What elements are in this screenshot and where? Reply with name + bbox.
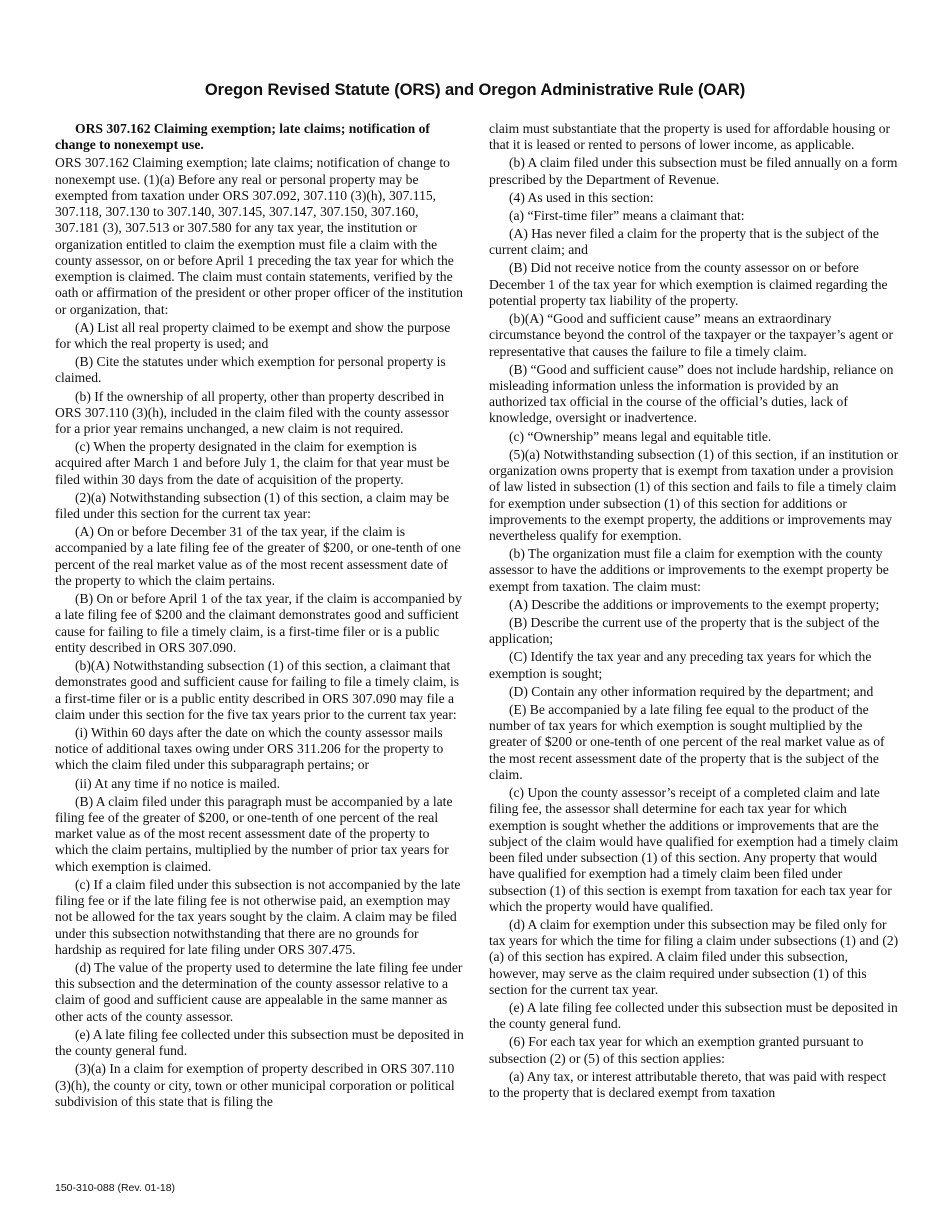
paragraph: (c) Upon the county assessor’s receipt o… bbox=[489, 785, 899, 915]
paragraph: (A) Describe the additions or improvemen… bbox=[489, 597, 899, 613]
paragraph: (5)(a) Notwithstanding subsection (1) of… bbox=[489, 447, 899, 545]
form-number-footer: 150-310-088 (Rev. 01-18) bbox=[55, 1182, 175, 1194]
paragraph: (A) Has never filed a claim for the prop… bbox=[489, 226, 899, 259]
right-column: claim must substantiate that the propert… bbox=[489, 121, 899, 1103]
paragraph: (B) A claim filed under this paragraph m… bbox=[55, 794, 464, 875]
left-column: ORS 307.162 Claiming exemption; late cla… bbox=[55, 121, 464, 1112]
paragraph: (d) The value of the property used to de… bbox=[55, 960, 464, 1025]
paragraph: (c) “Ownership” means legal and equitabl… bbox=[489, 429, 899, 445]
paragraph: (b) The organization must file a claim f… bbox=[489, 546, 899, 595]
paragraph: (B) “Good and sufficient cause” does not… bbox=[489, 362, 899, 427]
paragraph: (e) A late filing fee collected under th… bbox=[489, 1000, 899, 1033]
paragraph: (B) Describe the current use of the prop… bbox=[489, 615, 899, 648]
paragraph: (D) Contain any other information requir… bbox=[489, 684, 899, 700]
paragraph: (b)(A) Notwithstanding subsection (1) of… bbox=[55, 658, 464, 723]
paragraph: (a) “First-time filer” means a claimant … bbox=[489, 208, 899, 224]
page-title: Oregon Revised Statute (ORS) and Oregon … bbox=[0, 81, 950, 100]
paragraph: (3)(a) In a claim for exemption of prope… bbox=[55, 1061, 464, 1110]
paragraph: (c) When the property designated in the … bbox=[55, 439, 464, 488]
paragraph: (B) Cite the statutes under which exempt… bbox=[55, 354, 464, 387]
paragraph: (C) Identify the tax year and any preced… bbox=[489, 649, 899, 682]
paragraph: (B) Did not receive notice from the coun… bbox=[489, 260, 899, 309]
paragraph-continuation: claim must substantiate that the propert… bbox=[489, 121, 899, 154]
paragraph: (A) List all real property claimed to be… bbox=[55, 320, 464, 353]
paragraph: (c) If a claim filed under this subsecti… bbox=[55, 877, 464, 958]
paragraph: (A) On or before December 31 of the tax … bbox=[55, 524, 464, 589]
paragraph: (4) As used in this section: bbox=[489, 190, 899, 206]
paragraph: (b) If the ownership of all property, ot… bbox=[55, 389, 464, 438]
paragraph: (2)(a) Notwithstanding subsection (1) of… bbox=[55, 490, 464, 523]
paragraph: ORS 307.162 Claiming exemption; late cla… bbox=[55, 155, 464, 318]
paragraph: (a) Any tax, or interest attributable th… bbox=[489, 1069, 899, 1102]
paragraph: (e) A late filing fee collected under th… bbox=[55, 1027, 464, 1060]
paragraph: (d) A claim for exemption under this sub… bbox=[489, 917, 899, 998]
paragraph: (ii) At any time if no notice is mailed. bbox=[55, 776, 464, 792]
paragraph: (6) For each tax year for which an exemp… bbox=[489, 1034, 899, 1067]
statute-heading: ORS 307.162 Claiming exemption; late cla… bbox=[55, 121, 464, 154]
paragraph: (b)(A) “Good and sufficient cause” means… bbox=[489, 311, 899, 360]
paragraph: (B) On or before April 1 of the tax year… bbox=[55, 591, 464, 656]
paragraph: (E) Be accompanied by a late filing fee … bbox=[489, 702, 899, 783]
paragraph: (i) Within 60 days after the date on whi… bbox=[55, 725, 464, 774]
paragraph: (b) A claim filed under this subsection … bbox=[489, 155, 899, 188]
